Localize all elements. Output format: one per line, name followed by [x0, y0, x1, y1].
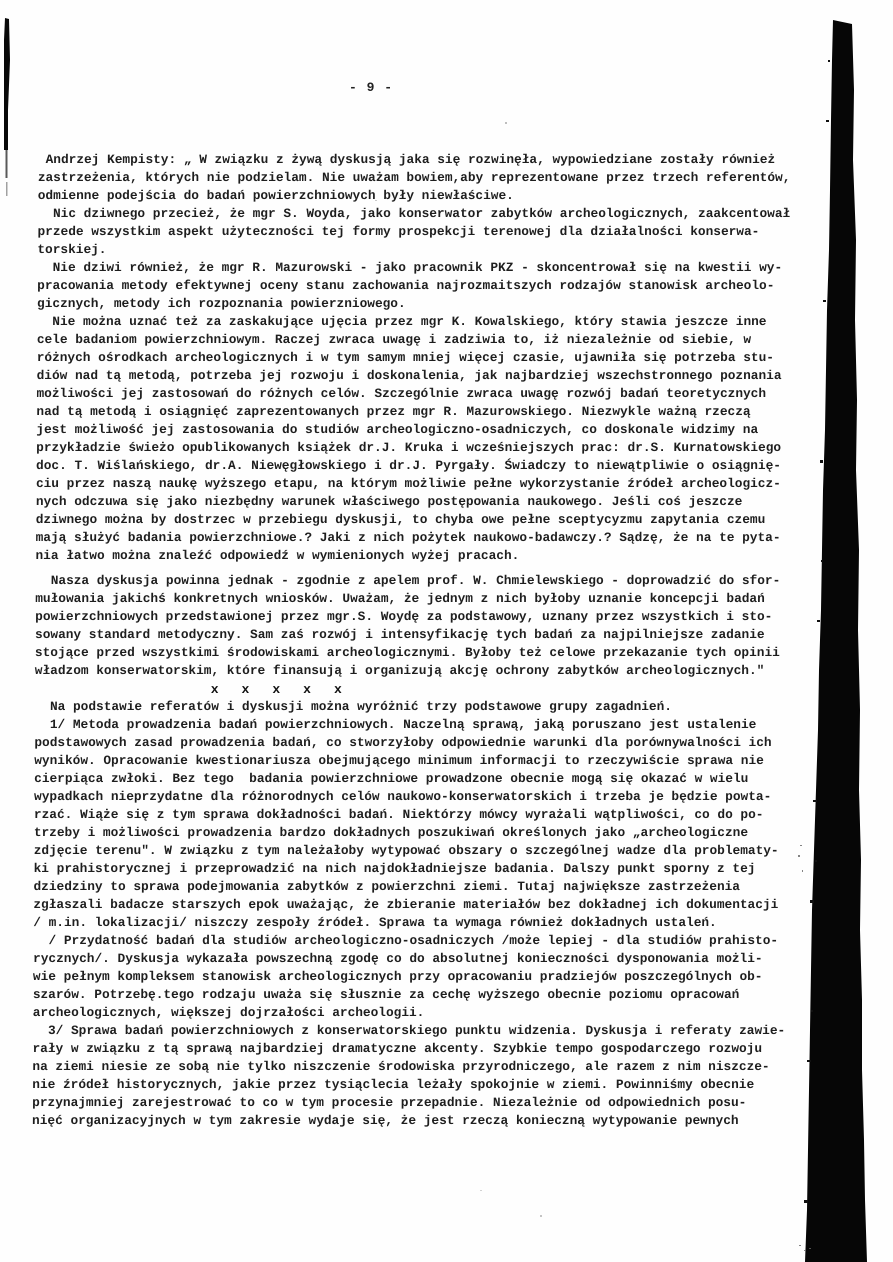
text-line: odmienne podejścia do badań powierzchnio…	[38, 187, 823, 205]
text-line: gicznych, metody ich rozpoznania powierz…	[37, 295, 822, 313]
text-line: doc. T. Wiślańskiego, dr.A. Niewęgłowski…	[36, 457, 821, 475]
text-line: na ziemi niesie ze sobą nie tylko niszcz…	[32, 1058, 817, 1076]
scan-noise-dot	[540, 1215, 542, 1217]
text-line: nia łatwo można znaleźć odpowiedź w wymi…	[35, 547, 820, 565]
text-line: nie źródeł historycznych, jakie przez ty…	[32, 1076, 817, 1094]
text-line: mają służyć badania powierzchniowe.? Jak…	[36, 529, 821, 547]
text-line: Nasza dyskusja powinna jednak - zgodnie …	[35, 572, 820, 590]
text-line: diów nad tą metodą, potrzeba jej rozwoju…	[37, 367, 822, 385]
text-line: przynajmniej zarejestrować to co w tym p…	[32, 1094, 817, 1112]
text-line: Andrzej Kempisty: „ W związku z żywą dys…	[38, 151, 823, 169]
text-line: wie pełnym kompleksem stanowisk archeolo…	[33, 968, 818, 986]
text-line: przykładzie świeżo opublikowanych książe…	[36, 439, 821, 457]
text-line: cele badaniom powierzchniowym. Raczej zw…	[37, 331, 822, 349]
scan-noise-dot	[505, 122, 507, 124]
text-line: 3/ Sprawa badań powierzchniowych z konse…	[33, 1022, 818, 1040]
paragraph-block: Andrzej Kempisty: „ W związku z żywą dys…	[35, 151, 823, 565]
text-line: rzać. Wiąże się z tym sprawa dokładności…	[34, 806, 819, 824]
text-line: 1/ Metoda prowadzenia badań powierzchnio…	[34, 716, 819, 734]
text-line: ciu przez naszą naukę wyższego etapu, na…	[36, 475, 821, 493]
text-line: szarów. Potrzebę.tego rodzaju uważa się …	[33, 986, 818, 1004]
text-line: władzom konserwatorskim, które finansują…	[35, 662, 820, 680]
text-line: zgłaszali badacze starszych epok uważają…	[33, 896, 818, 914]
text-line: jest możliwość jej zastosowania do studi…	[36, 421, 821, 439]
text-line: Nie dziwi również, że mgr R. Mazurowski …	[37, 259, 822, 277]
text-line: podstawowych zasad prowadzenia badań, co…	[34, 734, 819, 752]
text-line: trzeby i możliwości prowadzenia bardzo d…	[34, 824, 819, 842]
text-line: przede wszystkim aspekt użyteczności tej…	[37, 223, 822, 241]
text-line: zastrzeżenia, których nie podzielam. Nie…	[38, 169, 823, 187]
text-line: rały w związku z tą sprawą najbardziej d…	[32, 1040, 817, 1058]
text-line: archeologicznych, większej dojrzałości a…	[33, 1004, 818, 1022]
text-line: wypadkach nieprzydatne dla różnorodnych …	[34, 788, 819, 806]
scan-artifact-left-edge	[0, 0, 20, 230]
text-line: dziedziny to sprawa podejmowania zabytkó…	[33, 878, 818, 896]
text-line: dziwnego można by dostrzec w przebiegu d…	[36, 511, 821, 529]
paragraph-block: Na podstawie referatów i dyskusji można …	[32, 698, 820, 1130]
paragraph-block: Nasza dyskusja powinna jednak - zgodnie …	[35, 572, 821, 680]
text-line: sowany standard metodyczny. Sam zaś rozw…	[35, 626, 820, 644]
separator-mark: x	[241, 681, 249, 698]
text-line: wyników. Opracowanie kwestionariusza obe…	[34, 752, 819, 770]
text-line: nad tą metodą i osiągnięć zaprezentowany…	[36, 403, 821, 421]
text-line: zdjęcie terenu". W związku z tym należał…	[34, 842, 819, 860]
separator-mark: x	[272, 681, 280, 698]
text-line: Na podstawie referatów i dyskusji można …	[35, 698, 820, 716]
text-line: stojące przed wszystkimi środowiskami ar…	[35, 644, 820, 662]
text-line: / m.in. lokalizacji/ niszczy zespoły źró…	[33, 914, 818, 932]
scan-noise-dot	[480, 1190, 482, 1191]
separator-row: xxxxx	[211, 681, 820, 698]
text-line: Nic dziwnego przecież, że mgr S. Woyda, …	[38, 205, 823, 223]
separator-mark: x	[303, 681, 311, 698]
text-line: nięć organizacyjnych w tym zakresie wyda…	[32, 1112, 817, 1130]
text-line: pracowania metody efektywnej oceny stanu…	[37, 277, 822, 295]
text-line: możliwości jej zastosowań do różnych cel…	[36, 385, 821, 403]
page-number: - 9 -	[349, 80, 393, 95]
text-line: nych odczuwa się jako niezbędny warunek …	[36, 493, 821, 511]
text-line: / Przydatność badań dla studiów archeolo…	[33, 932, 818, 950]
separator-mark: x	[334, 681, 342, 698]
scanned-document-page: - 9 - Andrzej Kempisty: „ W związku z ży…	[0, 0, 893, 1262]
text-line: mułowania jakichś konkretnych wniosków. …	[35, 590, 820, 608]
text-line: torskiej.	[37, 241, 822, 259]
text-line: rycznych/. Dyskusja wykazała powszechną …	[33, 950, 818, 968]
document-body: Andrzej Kempisty: „ W związku z żywą dys…	[32, 151, 823, 1130]
text-line: ki prahistorycznej i przeprowadzić na ni…	[34, 860, 819, 878]
text-line: Nie można uznać też za zaskakujące ujęci…	[37, 313, 822, 331]
separator-mark: x	[211, 681, 219, 698]
text-line: powierzchniowych przedstawionej przez mg…	[35, 608, 820, 626]
text-line: cierpiąca zwłoki. Bez tego badania powie…	[34, 770, 819, 788]
text-line: różnych ośrodkach archeologicznych i w t…	[37, 349, 822, 367]
